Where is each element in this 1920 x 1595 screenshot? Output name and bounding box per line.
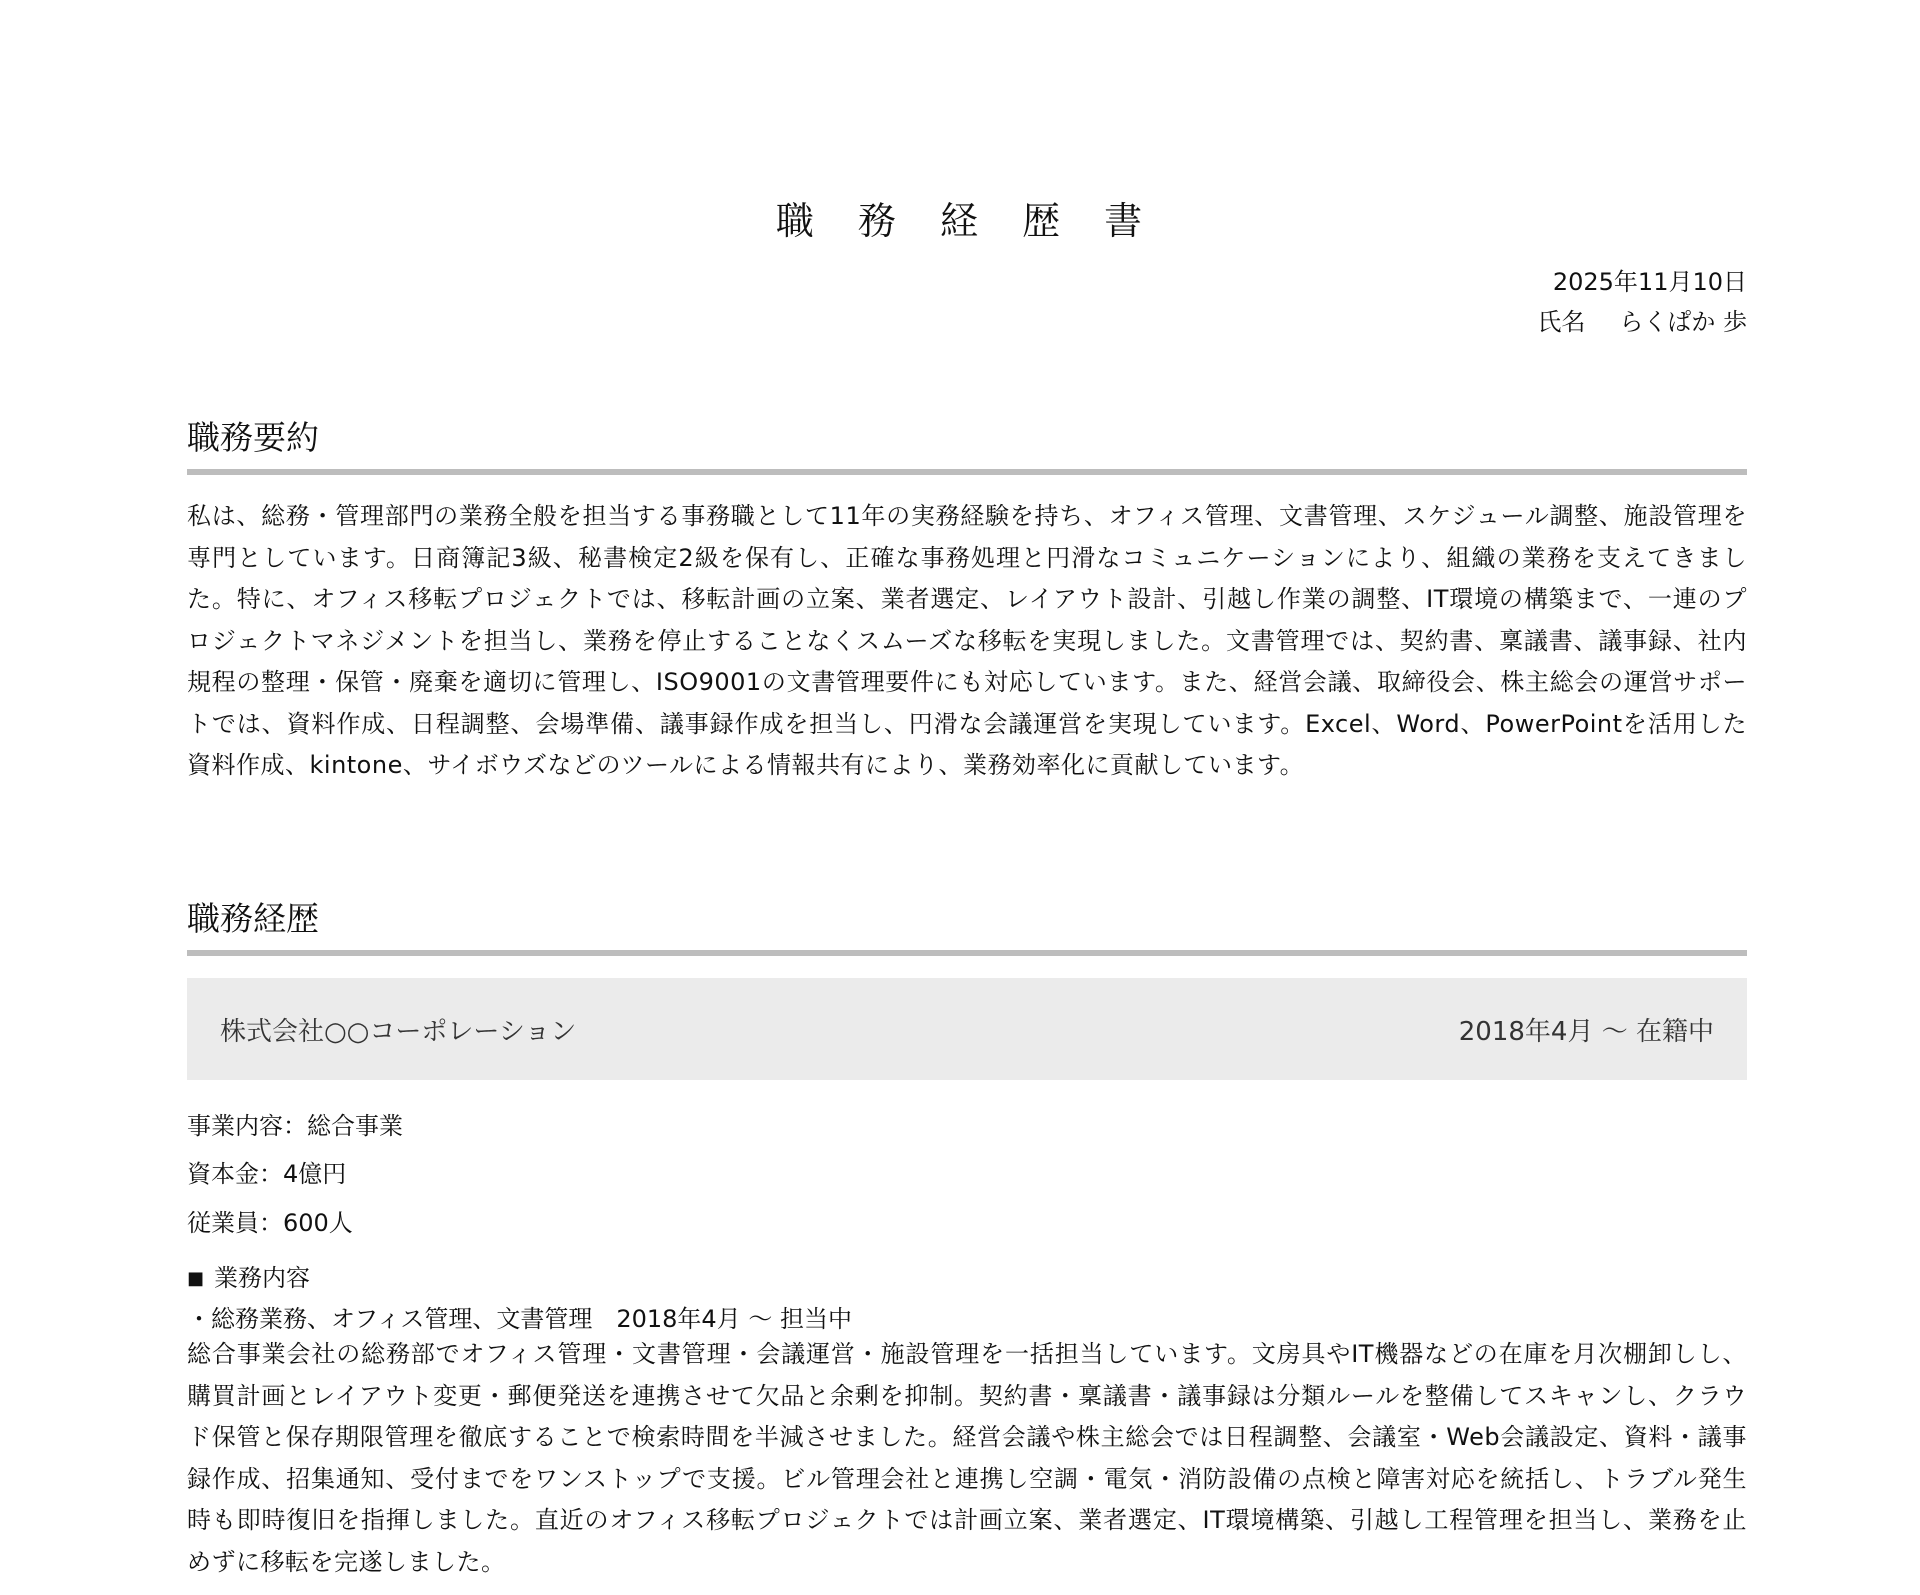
company-name: 株式会社○○コーポレーション xyxy=(220,1011,576,1048)
square-bullet-icon: ■ xyxy=(187,1268,204,1289)
document-title: 職 務 経 歴 書 xyxy=(187,190,1747,245)
document-date: 2025年11月10日 xyxy=(1537,262,1747,302)
duty-title: ・総務業務、オフィス管理、文書管理 2018年4月 〜 担当中 xyxy=(187,1299,852,1334)
duties-heading: ■業務内容 xyxy=(187,1258,310,1293)
author-line: 氏名らくぱか 歩 xyxy=(1537,302,1747,342)
name-label: 氏名 xyxy=(1537,308,1585,336)
duties-heading-label: 業務内容 xyxy=(214,1264,310,1292)
company-employees: 従業員：600人 xyxy=(187,1203,353,1238)
duty-description: 総合事業会社の総務部でオフィス管理・文書管理・会議運営・施設管理を一括担当してい… xyxy=(187,1334,1747,1583)
company-capital: 資本金：4億円 xyxy=(187,1154,346,1189)
employment-period: 2018年4月 〜 在籍中 xyxy=(1459,1011,1714,1048)
document-meta: 2025年11月10日 氏名らくぱか 歩 xyxy=(1537,262,1747,342)
name-value: らくぱか 歩 xyxy=(1619,308,1747,336)
history-heading: 職務経歴 xyxy=(187,893,1747,956)
company-header: 株式会社○○コーポレーション 2018年4月 〜 在籍中 xyxy=(187,978,1747,1080)
summary-text: 私は、総務・管理部門の業務全般を担当する事務職として11年の実務経験を持ち、オフ… xyxy=(187,496,1747,787)
company-business: 事業内容：総合事業 xyxy=(187,1106,403,1141)
summary-heading: 職務要約 xyxy=(187,412,1747,475)
